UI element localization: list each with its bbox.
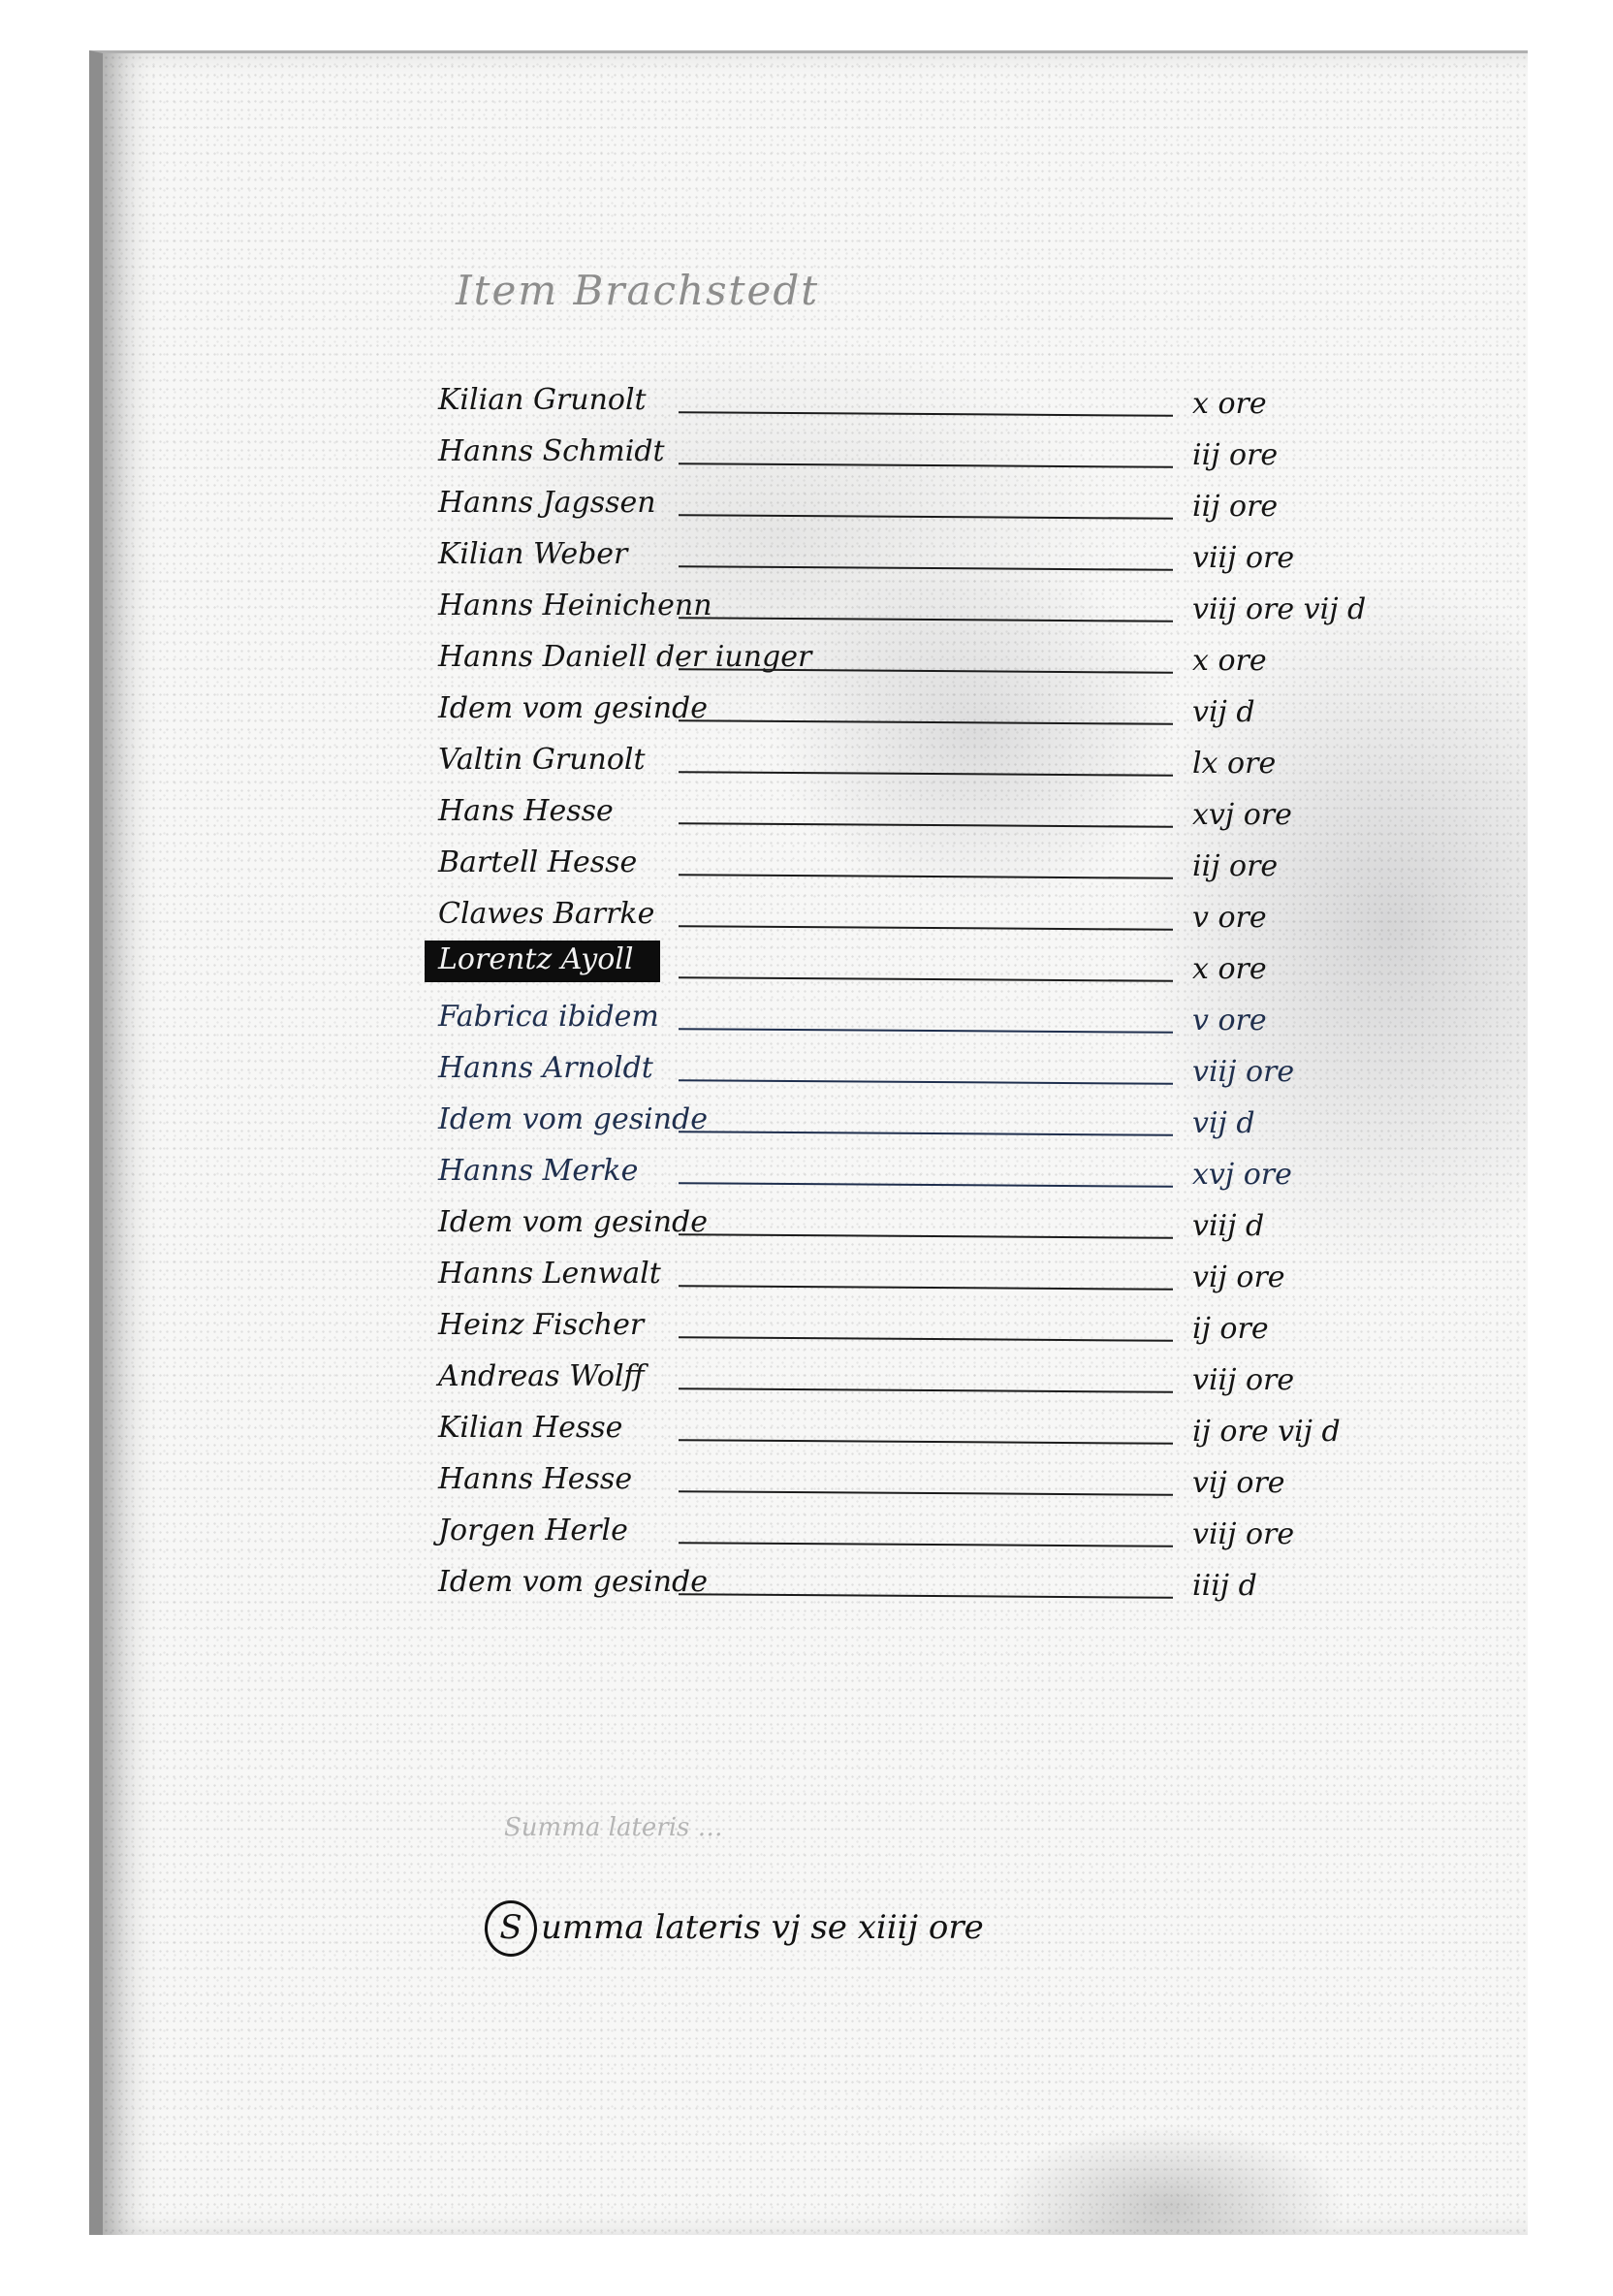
entry-name: Andreas Wolff [438, 1359, 645, 1393]
entry-name: Hanns Heinichenn [438, 589, 712, 622]
entry-name: Idem vom gesinde [438, 1205, 708, 1239]
ledger-row: Hanns Heinichennviij ore vij d [388, 579, 1406, 630]
page-heading: Item Brachstedt [456, 267, 819, 314]
entry-rule-line [679, 1387, 1173, 1393]
entry-amount: x ore [1192, 644, 1267, 678]
entry-amount: vij d [1192, 1106, 1255, 1140]
entry-rule-line [679, 1233, 1173, 1239]
entry-rule-line [679, 1285, 1173, 1291]
entry-name: Hanns Hesse [438, 1462, 632, 1496]
entry-amount: vij ore [1192, 1466, 1285, 1500]
entry-name: Hans Hesse [438, 794, 614, 828]
entry-amount: lx ore [1192, 747, 1276, 781]
entry-rule-line [679, 514, 1173, 520]
entry-name: Idem vom gesinde [438, 691, 708, 725]
page-total: Summa lateris vj se xiiij ore [485, 1900, 984, 1957]
entry-name: Idem vom gesinde [438, 1565, 708, 1599]
entry-rule-line [679, 1336, 1173, 1342]
entry-amount: xvj ore [1192, 1158, 1292, 1192]
ledger-row: Heinz Fischerij ore [388, 1298, 1406, 1350]
entry-amount: ij ore [1192, 1312, 1269, 1346]
entry-rule-line [679, 1182, 1173, 1188]
entry-name: Clawes Barrke [438, 897, 654, 931]
entry-amount: iiij d [1192, 1569, 1257, 1603]
entry-name: Hanns Jagssen [438, 486, 656, 520]
entry-name-highlighted: Lorentz Ayoll [425, 941, 660, 982]
entry-name: Kilian Weber [438, 537, 627, 571]
ledger-row: Idem vom gesindeviij d [388, 1196, 1406, 1247]
entry-rule-line [679, 719, 1173, 725]
entry-name: Idem vom gesinde [438, 1102, 708, 1136]
entry-rule-line [679, 1439, 1173, 1445]
ledger-row: Idem vom gesindevij d [388, 1093, 1406, 1144]
entry-amount: vij ore [1192, 1260, 1285, 1294]
entry-name: Kilian Grunolt [438, 383, 647, 417]
entry-name: Hanns Schmidt [438, 434, 665, 468]
entry-amount: viij d [1192, 1209, 1264, 1243]
ledger-row: Hanns Lenwaltvij ore [388, 1247, 1406, 1298]
ledger-row: Kilian Hesseij ore vij d [388, 1401, 1406, 1452]
entry-rule-line [679, 822, 1173, 828]
entry-amount: ij ore vij d [1192, 1415, 1341, 1449]
faint-bleedthrough-line: Summa lateris … [504, 1813, 1047, 1842]
entry-amount: vij d [1192, 695, 1255, 729]
entry-amount: x ore [1192, 952, 1267, 986]
ledger-row: Hanns Schmidtiij ore [388, 425, 1406, 476]
ledger-row-highlighted: Lorentz Ayollx ore [388, 939, 1406, 990]
entry-rule-line [679, 617, 1173, 622]
entry-amount: v ore [1192, 1004, 1267, 1037]
entry-name: Fabrica ibidem [438, 1000, 659, 1034]
entry-amount: x ore [1192, 387, 1267, 421]
entry-amount: viij ore [1192, 1517, 1294, 1551]
ledger-row: Jorgen Herleviij ore [388, 1504, 1406, 1555]
ledger-row: Kilian Grunoltx ore [388, 373, 1406, 425]
entry-amount: v ore [1192, 901, 1267, 935]
decorated-initial: S [485, 1900, 537, 1957]
entry-rule-line [679, 462, 1173, 468]
entry-rule-line [679, 1593, 1173, 1599]
ledger-row: Hanns Daniell der iungerx ore [388, 630, 1406, 682]
entry-name: Heinz Fischer [438, 1308, 644, 1342]
entry-name: Hanns Merke [438, 1154, 638, 1188]
ledger-row: Hanns Arnoldtviij ore [388, 1041, 1406, 1093]
entry-name: Kilian Hesse [438, 1411, 622, 1445]
ledger-row: Clawes Barrkev ore [388, 887, 1406, 939]
entry-amount: viij ore vij d [1192, 592, 1366, 626]
entry-rule-line [679, 1079, 1173, 1085]
entry-amount: viij ore [1192, 1363, 1294, 1397]
ledger-row: Hanns Jagsseniij ore [388, 476, 1406, 527]
entry-name: Hanns Lenwalt [438, 1257, 661, 1291]
ledger-row: Bartell Hesseiij ore [388, 836, 1406, 887]
entry-rule-line [679, 1490, 1173, 1496]
ledger-row: Idem vom gesindeiiij d [388, 1555, 1406, 1607]
entry-rule-line [679, 925, 1173, 931]
entry-rule-line [679, 1028, 1173, 1034]
page-total-text: umma lateris vj se xiiij ore [541, 1908, 984, 1947]
entry-rule-line [679, 411, 1173, 417]
entry-amount: iij ore [1192, 849, 1278, 883]
entry-rule-line [679, 874, 1173, 879]
ledger-row: Idem vom gesindevij d [388, 682, 1406, 733]
entry-name: Valtin Grunolt [438, 743, 646, 777]
entry-name: Bartell Hesse [438, 845, 637, 879]
entry-name: Jorgen Herle [438, 1514, 628, 1547]
ledger-row: Fabrica ibidemv ore [388, 990, 1406, 1041]
ledger-row: Hanns Merkexvj ore [388, 1144, 1406, 1196]
entry-rule-line [679, 565, 1173, 571]
ledger-row: Andreas Wolffviij ore [388, 1350, 1406, 1401]
entry-amount: iij ore [1192, 490, 1278, 524]
entry-name: Hanns Arnoldt [438, 1051, 653, 1085]
ledger-row: Valtin Grunoltlx ore [388, 733, 1406, 784]
entry-rule-line [679, 1542, 1173, 1547]
entry-amount: xvj ore [1192, 798, 1292, 832]
entry-amount: viij ore [1192, 541, 1294, 575]
entry-amount: iij ore [1192, 438, 1278, 472]
entry-rule-line [679, 1131, 1173, 1136]
ledger-row: Hans Hessexvj ore [388, 784, 1406, 836]
ledger-row: Hanns Hessevij ore [388, 1452, 1406, 1504]
entry-rule-line [679, 976, 1173, 982]
entry-rule-line [679, 771, 1173, 777]
ledger-row: Kilian Weberviij ore [388, 527, 1406, 579]
entry-amount: viij ore [1192, 1055, 1294, 1089]
ledger-entries: Kilian Grunoltx ore Hanns Schmidtiij ore… [388, 373, 1406, 1607]
